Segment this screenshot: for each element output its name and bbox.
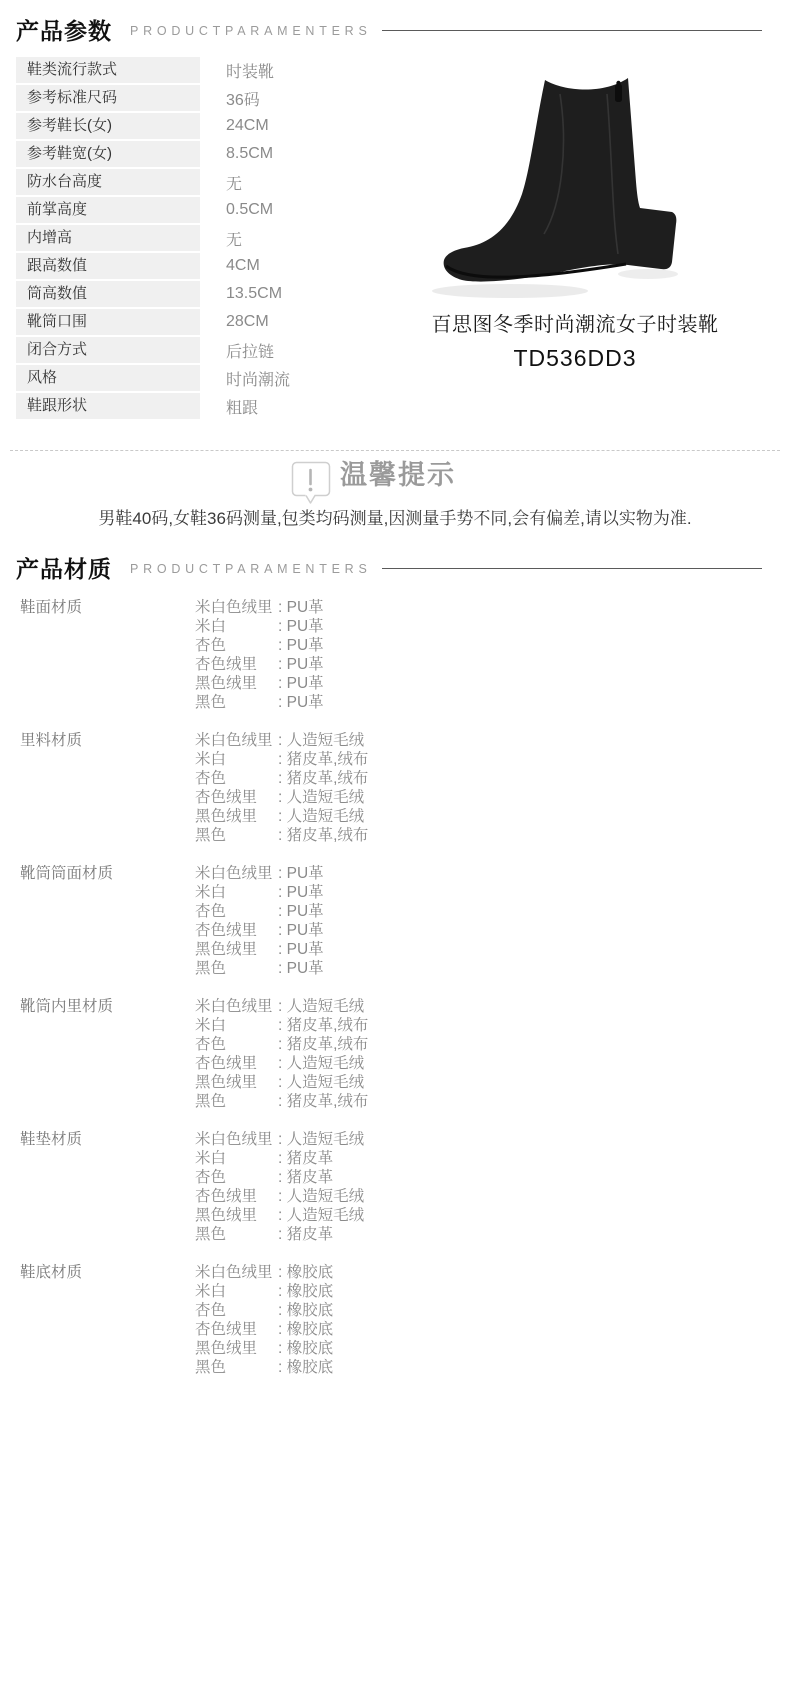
material-group: 靴筒筒面材质米白色绒里: PU革米白: PU革杏色: PU革杏色绒里: PU革黑… [20, 864, 790, 978]
material-colon: : [278, 1226, 287, 1243]
material-color-name: 米白 [195, 1149, 278, 1168]
material-row: 米白色绒里: 人造短毛绒 [195, 731, 790, 750]
material-color-name: 黑色绒里 [195, 807, 278, 826]
material-colon: : [278, 884, 287, 901]
material-colon: : [278, 618, 287, 635]
ankle-boot-illustration [410, 62, 740, 302]
material-row: 米白色绒里: 人造短毛绒 [195, 1130, 790, 1149]
spec-label: 参考鞋长(女) [16, 113, 200, 139]
spec-row: 风格时尚潮流 [16, 365, 368, 391]
material-color-name: 黑色绒里 [195, 674, 278, 693]
material-row: 黑色绒里: 人造短毛绒 [195, 1073, 790, 1092]
material-value: PU革 [287, 656, 324, 673]
material-value: 人造短毛绒 [287, 789, 365, 806]
spec-value: 无 [226, 227, 242, 250]
material-group-label: 里料材质 [20, 731, 195, 845]
material-value: 人造短毛绒 [287, 1188, 365, 1205]
material-color-name: 米白 [195, 1282, 278, 1301]
material-colon: : [278, 732, 287, 749]
material-colon: : [278, 865, 287, 882]
material-color-name: 米白色绒里 [195, 731, 278, 750]
material-color-name: 黑色 [195, 1225, 278, 1244]
product-detail-page: { "colors": { "label_cell_bg": "#f0f0f0"… [0, 0, 790, 1690]
material-color-name: 米白 [195, 750, 278, 769]
material-group-label: 鞋面材质 [20, 598, 195, 712]
spec-value: 时尚潮流 [226, 367, 290, 390]
spec-label: 靴筒口围 [16, 309, 200, 335]
material-color-name: 杏色 [195, 1301, 278, 1320]
material-row: 杏色: PU革 [195, 636, 790, 655]
material-rows: 米白色绒里: 人造短毛绒米白: 猪皮革,绒布杏色: 猪皮革,绒布杏色绒里: 人造… [195, 997, 790, 1111]
material-value: PU革 [287, 922, 324, 939]
material-color-name: 黑色绒里 [195, 1073, 278, 1092]
material-value: 人造短毛绒 [287, 998, 365, 1015]
material-value: 人造短毛绒 [287, 808, 365, 825]
material-color-name: 黑色 [195, 693, 278, 712]
material-value: PU革 [287, 599, 324, 616]
material-rows: 米白色绒里: 橡胶底米白: 橡胶底杏色: 橡胶底杏色绒里: 橡胶底黑色绒里: 橡… [195, 1263, 790, 1377]
material-colon: : [278, 1188, 287, 1205]
material-colon: : [278, 1131, 287, 1148]
material-value: 猪皮革,绒布 [287, 1036, 369, 1053]
material-colon: : [278, 694, 287, 711]
spec-row: 鞋跟形状粗跟 [16, 393, 368, 419]
material-color-name: 米白色绒里 [195, 1263, 278, 1282]
spec-row: 闭合方式后拉链 [16, 337, 368, 363]
material-colon: : [278, 1302, 287, 1319]
material-colon: : [278, 922, 287, 939]
material-row: 杏色: 猪皮革,绒布 [195, 1035, 790, 1054]
material-row: 米白色绒里: PU革 [195, 864, 790, 883]
material-colon: : [278, 751, 287, 768]
material-value: PU革 [287, 618, 324, 635]
material-color-name: 杏色 [195, 1035, 278, 1054]
material-row: 米白: PU革 [195, 617, 790, 636]
material-colon: : [278, 960, 287, 977]
spec-value: 8.5CM [226, 145, 273, 163]
material-color-name: 杏色绒里 [195, 1320, 278, 1339]
material-color-name: 米白 [195, 1016, 278, 1035]
material-row: 米白: PU革 [195, 883, 790, 902]
material-colon: : [278, 1169, 287, 1186]
material-colon: : [278, 903, 287, 920]
material-row: 黑色绒里: PU革 [195, 674, 790, 693]
material-colon: : [278, 599, 287, 616]
spec-row: 参考鞋宽(女)8.5CM [16, 141, 368, 167]
material-color-name: 米白 [195, 883, 278, 902]
spec-row: 内增高无 [16, 225, 368, 251]
materials-section-subtitle: PRODUCTPARAMENTERS [130, 562, 372, 576]
material-row: 黑色: PU革 [195, 693, 790, 712]
material-row: 黑色: 橡胶底 [195, 1358, 790, 1377]
spec-row: 跟高数值4CM [16, 253, 368, 279]
params-section-header: 产品参数 PRODUCTPARAMENTERS [0, 0, 790, 46]
material-colon: : [278, 656, 287, 673]
material-row: 杏色: 橡胶底 [195, 1301, 790, 1320]
spec-label: 风格 [16, 365, 200, 391]
material-row: 米白: 猪皮革 [195, 1149, 790, 1168]
material-colon: : [278, 675, 287, 692]
params-section-subtitle: PRODUCTPARAMENTERS [130, 24, 372, 38]
material-value: 猪皮革,绒布 [287, 1017, 369, 1034]
material-row: 黑色绒里: 橡胶底 [195, 1339, 790, 1358]
spec-row: 前掌高度0.5CM [16, 197, 368, 223]
material-colon: : [278, 789, 287, 806]
material-colon: : [278, 1359, 287, 1376]
material-colon: : [278, 827, 287, 844]
material-colon: : [278, 1150, 287, 1167]
material-row: 黑色绒里: 人造短毛绒 [195, 807, 790, 826]
material-value: 人造短毛绒 [287, 1074, 365, 1091]
material-colon: : [278, 808, 287, 825]
material-group: 里料材质米白色绒里: 人造短毛绒米白: 猪皮革,绒布杏色: 猪皮革,绒布杏色绒里… [20, 731, 790, 845]
material-row: 杏色: 猪皮革 [195, 1168, 790, 1187]
tips-section: 温馨提示 男鞋40码,女鞋36码测量,包类均码测量,因测量手势不同,会有偏差,请… [0, 451, 790, 538]
material-row: 杏色绒里: PU革 [195, 921, 790, 940]
spec-label: 闭合方式 [16, 337, 200, 363]
zipper-pull [615, 84, 622, 102]
material-row: 杏色绒里: 人造短毛绒 [195, 1054, 790, 1073]
material-value: 人造短毛绒 [287, 732, 365, 749]
spec-value: 后拉链 [226, 339, 274, 362]
spec-value: 无 [226, 171, 242, 194]
material-color-name: 杏色绒里 [195, 1187, 278, 1206]
tips-note: 男鞋40码,女鞋36码测量,包类均码测量,因测量手势不同,会有偏差,请以实物为准… [0, 504, 790, 529]
spec-value: 24CM [226, 117, 269, 135]
spec-value: 28CM [226, 313, 269, 331]
spec-label: 鞋类流行款式 [16, 57, 200, 83]
material-colon: : [278, 637, 287, 654]
material-color-name: 米白 [195, 617, 278, 636]
materials-list: 鞋面材质米白色绒里: PU革米白: PU革杏色: PU革杏色绒里: PU革黑色绒… [0, 598, 790, 1377]
product-image-boot [410, 62, 740, 302]
spec-value: 时装靴 [226, 59, 274, 82]
material-colon: : [278, 1074, 287, 1091]
material-color-name: 米白色绒里 [195, 1130, 278, 1149]
material-colon: : [278, 1321, 287, 1338]
material-color-name: 黑色绒里 [195, 940, 278, 959]
material-value: PU革 [287, 941, 324, 958]
material-color-name: 黑色绒里 [195, 1206, 278, 1225]
material-row: 米白色绒里: 人造短毛绒 [195, 997, 790, 1016]
material-value: 橡胶底 [287, 1264, 334, 1281]
product-name: 百思图冬季时尚潮流女子时装靴 [375, 308, 775, 337]
material-colon: : [278, 1264, 287, 1281]
material-color-name: 杏色 [195, 902, 278, 921]
material-group: 鞋垫材质米白色绒里: 人造短毛绒米白: 猪皮革杏色: 猪皮革杏色绒里: 人造短毛… [20, 1130, 790, 1244]
material-group-label: 靴筒筒面材质 [20, 864, 195, 978]
material-value: PU革 [287, 865, 324, 882]
material-value: 猪皮革 [287, 1226, 334, 1243]
material-rows: 米白色绒里: 人造短毛绒米白: 猪皮革,绒布杏色: 猪皮革,绒布杏色绒里: 人造… [195, 731, 790, 845]
material-row: 黑色绒里: PU革 [195, 940, 790, 959]
spec-row: 参考标准尺码36码 [16, 85, 368, 111]
material-row: 黑色: 猪皮革,绒布 [195, 826, 790, 845]
material-color-name: 黑色 [195, 1092, 278, 1111]
spec-label: 鞋跟形状 [16, 393, 200, 419]
material-color-name: 黑色绒里 [195, 1339, 278, 1358]
material-rows: 米白色绒里: 人造短毛绒米白: 猪皮革杏色: 猪皮革杏色绒里: 人造短毛绒黑色绒… [195, 1130, 790, 1244]
spec-row: 防水台高度无 [16, 169, 368, 195]
material-value: 猪皮革,绒布 [287, 751, 369, 768]
material-color-name: 黑色 [195, 959, 278, 978]
material-row: 黑色: PU革 [195, 959, 790, 978]
material-value: 人造短毛绒 [287, 1131, 365, 1148]
materials-section-title: 产品材质 [16, 551, 112, 584]
spec-value: 13.5CM [226, 285, 282, 303]
material-colon: : [278, 1055, 287, 1072]
material-color-name: 米白色绒里 [195, 598, 278, 617]
material-row: 米白色绒里: 橡胶底 [195, 1263, 790, 1282]
spec-label: 内增高 [16, 225, 200, 251]
spec-label: 参考标准尺码 [16, 85, 200, 111]
product-showcase: 百思图冬季时尚潮流女子时装靴 TD536DD3 [375, 62, 775, 372]
exclamation-bubble-icon [291, 461, 331, 507]
spec-label: 防水台高度 [16, 169, 200, 195]
header-rule [382, 568, 762, 569]
material-row: 杏色: PU革 [195, 902, 790, 921]
material-row: 米白: 猪皮革,绒布 [195, 1016, 790, 1035]
spec-label: 参考鞋宽(女) [16, 141, 200, 167]
material-row: 米白色绒里: PU革 [195, 598, 790, 617]
product-model: TD536DD3 [375, 345, 775, 372]
material-value: 橡胶底 [287, 1340, 334, 1357]
material-rows: 米白色绒里: PU革米白: PU革杏色: PU革杏色绒里: PU革黑色绒里: P… [195, 598, 790, 712]
material-group: 鞋底材质米白色绒里: 橡胶底米白: 橡胶底杏色: 橡胶底杏色绒里: 橡胶底黑色绒… [20, 1263, 790, 1377]
material-row: 杏色绒里: 人造短毛绒 [195, 1187, 790, 1206]
tips-title: 温馨提示 [340, 453, 456, 492]
spec-table: 鞋类流行款式时装靴参考标准尺码36码参考鞋长(女)24CM参考鞋宽(女)8.5C… [16, 57, 368, 421]
material-colon: : [278, 770, 287, 787]
spec-label: 筒高数值 [16, 281, 200, 307]
material-value: 人造短毛绒 [287, 1207, 365, 1224]
material-value: 橡胶底 [287, 1283, 334, 1300]
material-color-name: 杏色绒里 [195, 788, 278, 807]
material-value: 橡胶底 [287, 1302, 334, 1319]
material-value: 猪皮革 [287, 1169, 334, 1186]
material-color-name: 杏色 [195, 1168, 278, 1187]
spec-label: 跟高数值 [16, 253, 200, 279]
material-value: 猪皮革 [287, 1150, 334, 1167]
material-color-name: 黑色 [195, 826, 278, 845]
material-row: 杏色: 猪皮革,绒布 [195, 769, 790, 788]
material-colon: : [278, 1017, 287, 1034]
material-row: 杏色绒里: 橡胶底 [195, 1320, 790, 1339]
material-value: PU革 [287, 884, 324, 901]
spec-row: 参考鞋长(女)24CM [16, 113, 368, 139]
material-color-name: 黑色 [195, 1358, 278, 1377]
material-color-name: 米白色绒里 [195, 864, 278, 883]
material-rows: 米白色绒里: PU革米白: PU革杏色: PU革杏色绒里: PU革黑色绒里: P… [195, 864, 790, 978]
material-colon: : [278, 998, 287, 1015]
params-section-title: 产品参数 [16, 13, 112, 46]
spec-value: 4CM [226, 257, 260, 275]
material-colon: : [278, 1340, 287, 1357]
spec-row: 鞋类流行款式时装靴 [16, 57, 368, 83]
product-parameters-section: 产品参数 PRODUCTPARAMENTERS 鞋类流行款式时装靴参考标准尺码3… [0, 0, 790, 450]
material-color-name: 米白色绒里 [195, 997, 278, 1016]
spec-value: 36码 [226, 87, 260, 110]
material-row: 米白: 猪皮革,绒布 [195, 750, 790, 769]
material-group-label: 靴筒内里材质 [20, 997, 195, 1111]
material-value: 橡胶底 [287, 1321, 334, 1338]
material-group: 靴筒内里材质米白色绒里: 人造短毛绒米白: 猪皮革,绒布杏色: 猪皮革,绒布杏色… [20, 997, 790, 1111]
material-value: 猪皮革,绒布 [287, 827, 369, 844]
spec-row: 靴筒口围28CM [16, 309, 368, 335]
spec-row: 筒高数值13.5CM [16, 281, 368, 307]
material-row: 杏色绒里: 人造短毛绒 [195, 788, 790, 807]
material-value: 人造短毛绒 [287, 1055, 365, 1072]
material-colon: : [278, 1036, 287, 1053]
material-colon: : [278, 1283, 287, 1300]
material-row: 黑色: 猪皮革 [195, 1225, 790, 1244]
material-group-label: 鞋底材质 [20, 1263, 195, 1377]
material-color-name: 杏色绒里 [195, 1054, 278, 1073]
material-colon: : [278, 941, 287, 958]
material-color-name: 杏色 [195, 636, 278, 655]
material-value: PU革 [287, 960, 324, 977]
material-row: 米白: 橡胶底 [195, 1282, 790, 1301]
material-row: 黑色: 猪皮革,绒布 [195, 1092, 790, 1111]
materials-section-header: 产品材质 PRODUCTPARAMENTERS [0, 538, 790, 584]
material-group-label: 鞋垫材质 [20, 1130, 195, 1244]
material-row: 杏色绒里: PU革 [195, 655, 790, 674]
material-colon: : [278, 1093, 287, 1110]
material-value: PU革 [287, 694, 324, 711]
material-value: PU革 [287, 903, 324, 920]
material-value: PU革 [287, 637, 324, 654]
material-group: 鞋面材质米白色绒里: PU革米白: PU革杏色: PU革杏色绒里: PU革黑色绒… [20, 598, 790, 712]
material-value: PU革 [287, 675, 324, 692]
material-color-name: 杏色绒里 [195, 655, 278, 674]
spec-value: 0.5CM [226, 201, 273, 219]
spec-label: 前掌高度 [16, 197, 200, 223]
header-rule [382, 30, 762, 31]
material-colon: : [278, 1207, 287, 1224]
material-value: 猪皮革,绒布 [287, 1093, 369, 1110]
material-value: 橡胶底 [287, 1359, 334, 1376]
material-value: 猪皮革,绒布 [287, 770, 369, 787]
material-color-name: 杏色 [195, 769, 278, 788]
spec-value: 粗跟 [226, 395, 258, 418]
product-materials-section: 产品材质 PRODUCTPARAMENTERS 鞋面材质米白色绒里: PU革米白… [0, 538, 790, 1377]
material-color-name: 杏色绒里 [195, 921, 278, 940]
material-row: 黑色绒里: 人造短毛绒 [195, 1206, 790, 1225]
